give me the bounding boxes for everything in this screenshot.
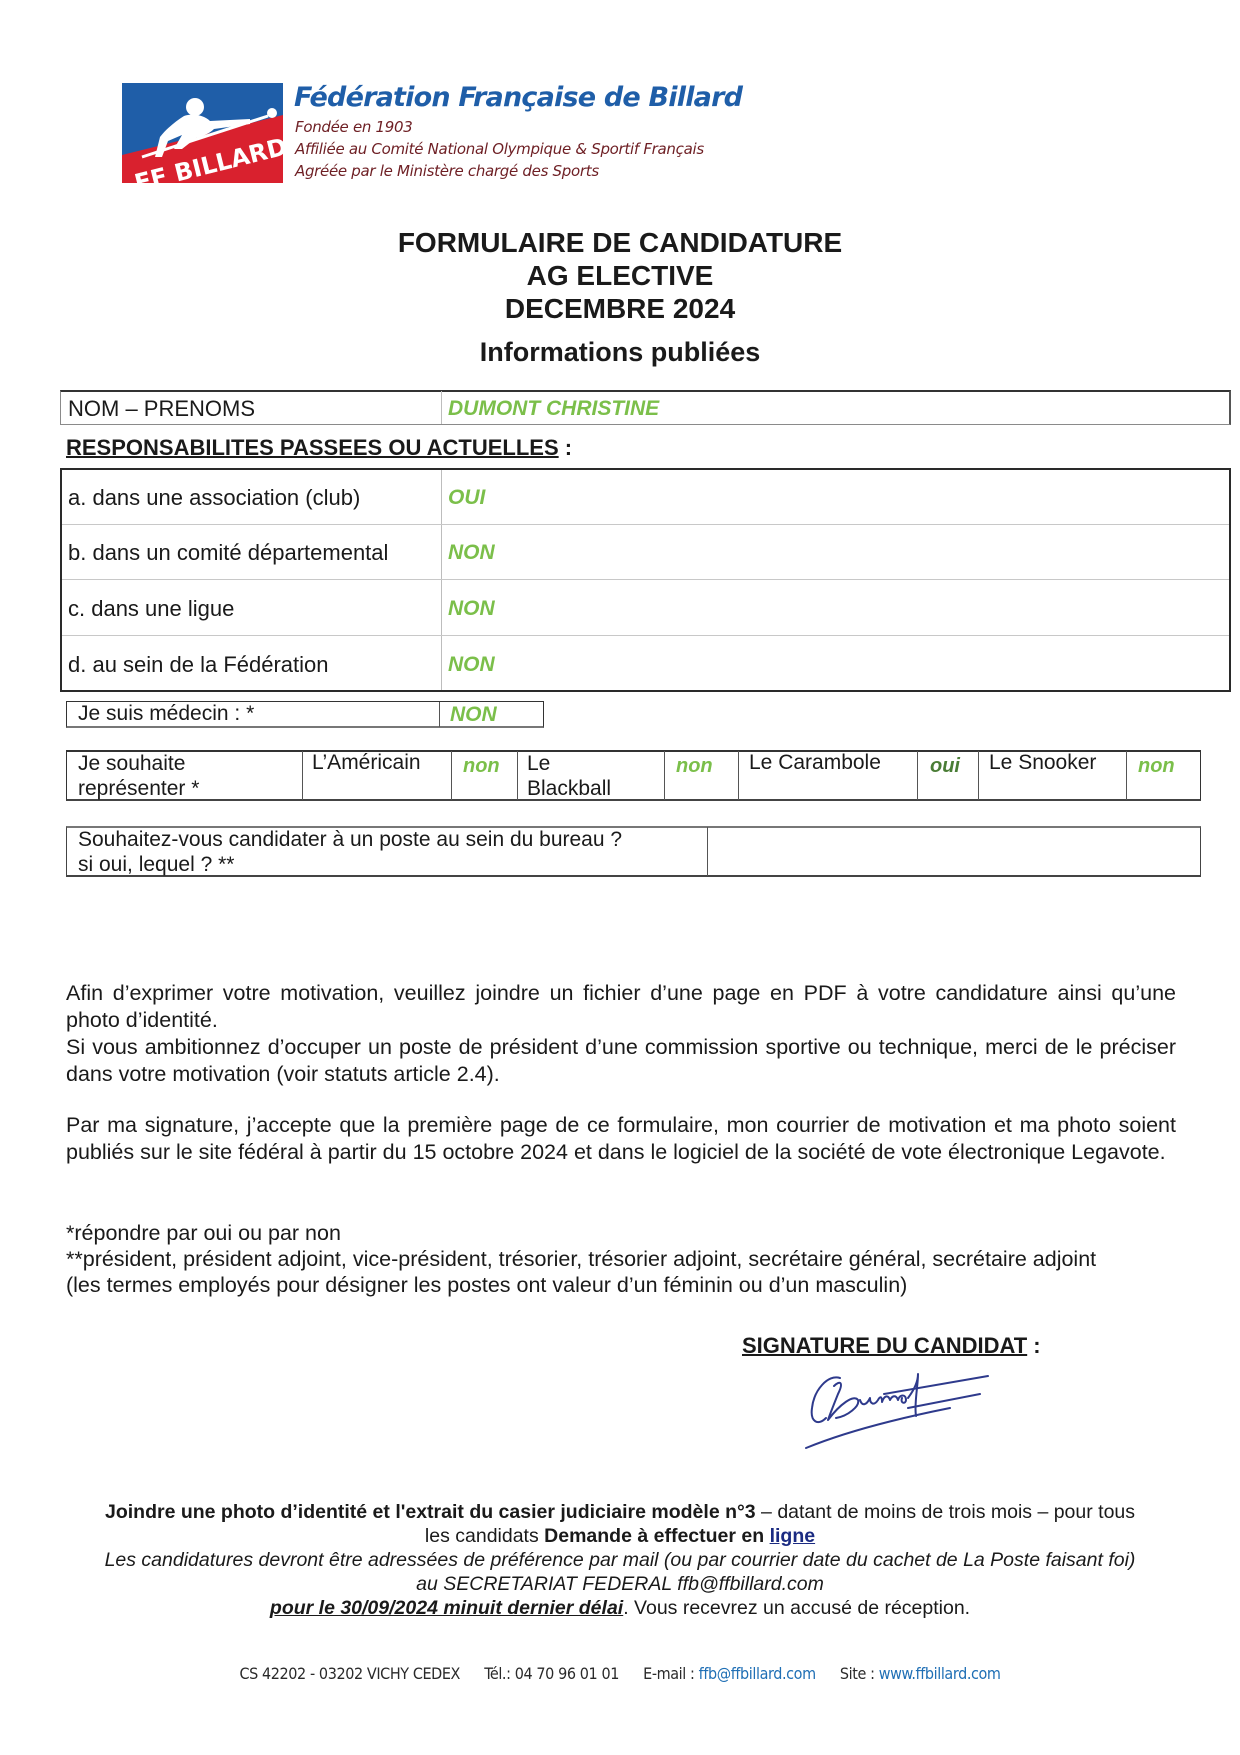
divider bbox=[441, 470, 442, 690]
signature-heading: SIGNATURE DU CANDIDAT : bbox=[742, 1333, 1041, 1359]
responsibility-label: c. dans une ligue bbox=[68, 596, 234, 622]
divider bbox=[707, 827, 708, 876]
row-divider bbox=[62, 635, 1229, 636]
divider bbox=[302, 751, 303, 800]
divider bbox=[738, 751, 739, 800]
ff-billard-logo: FF BILLARD bbox=[122, 83, 283, 183]
discipline-value[interactable]: non bbox=[676, 755, 713, 778]
responsibility-value[interactable]: NON bbox=[448, 653, 495, 677]
discipline-value[interactable]: non bbox=[1138, 755, 1175, 778]
address: CS 42202 - 03202 VICHY CEDEX bbox=[239, 1664, 460, 1683]
instructions-line1: Joindre une photo d’identité et l'extrai… bbox=[60, 1500, 1180, 1525]
approval-line: Agréée par le Ministère chargé des Sport… bbox=[295, 162, 599, 180]
form-title-line2: AG ELECTIVE bbox=[0, 260, 1240, 292]
discipline-value[interactable]: non bbox=[463, 755, 500, 778]
divider bbox=[439, 702, 440, 727]
email-link[interactable]: ffb@ffbillard.com bbox=[699, 1664, 816, 1683]
divider bbox=[978, 751, 979, 800]
divider bbox=[441, 391, 442, 424]
responsibility-label: a. dans une association (club) bbox=[68, 485, 360, 511]
responsibility-value[interactable]: NON bbox=[448, 541, 495, 565]
responsibility-label: d. au sein de la Fédération bbox=[68, 652, 329, 678]
instructions-line4: au SECRETARIAT FEDERAL ffb@ffbillard.com bbox=[60, 1572, 1180, 1597]
affiliation-line: Affiliée au Comité National Olympique & … bbox=[295, 140, 704, 158]
handwritten-signature bbox=[800, 1360, 1000, 1450]
president-paragraph: Si vous ambitionnez d’occuper un poste d… bbox=[66, 1034, 1176, 1088]
discipline-name: LeBlackball bbox=[527, 751, 611, 801]
divider bbox=[664, 751, 665, 800]
website-link[interactable]: www.ffbillard.com bbox=[879, 1664, 1001, 1683]
organization-name: Fédération Française de Billard bbox=[294, 82, 742, 113]
consent-paragraph: Par ma signature, j’accepte que la premi… bbox=[66, 1112, 1176, 1166]
footnote-positions: **président, président adjoint, vice-pré… bbox=[66, 1246, 1096, 1273]
instructions-line2: les candidats Demande à effectuer en lig… bbox=[60, 1524, 1180, 1549]
motivation-paragraph: Afin d’exprimer votre motivation, veuill… bbox=[66, 980, 1176, 1034]
row-divider bbox=[62, 579, 1229, 580]
phone: 04 70 96 01 01 bbox=[515, 1664, 619, 1683]
discipline-value[interactable]: oui bbox=[930, 755, 960, 778]
form-subtitle: Informations publiées bbox=[0, 337, 1240, 368]
doctor-label: Je suis médecin : * bbox=[78, 702, 254, 726]
deadline: pour le 30/09/2024 minuit dernier délai bbox=[270, 1597, 623, 1619]
discipline-name: Le Carambole bbox=[749, 751, 881, 775]
identity-label: NOM – PRENOMS bbox=[68, 396, 255, 422]
responsibilities-heading: RESPONSABILITES PASSEES OU ACTUELLES : bbox=[66, 435, 572, 461]
discipline-name: L’Américain bbox=[312, 751, 421, 775]
divider bbox=[517, 751, 518, 800]
footnote-gender: (les termes employés pour désigner les p… bbox=[66, 1272, 907, 1299]
row-divider bbox=[62, 524, 1229, 525]
responsibility-value[interactable]: OUI bbox=[448, 486, 485, 510]
discipline-name: Le Snooker bbox=[989, 751, 1096, 775]
identity-value[interactable]: DUMONT CHRISTINE bbox=[448, 397, 659, 421]
form-title-line3: DECEMBRE 2024 bbox=[0, 293, 1240, 325]
footnote-oui-non: *répondre par oui ou par non bbox=[66, 1220, 341, 1247]
contact-footer: CS 42202 - 03202 VICHY CEDEX Tél.: 04 70… bbox=[0, 1664, 1240, 1683]
instructions-line3: Les candidatures devront être adressées … bbox=[60, 1548, 1180, 1573]
represent-label: Je souhaitereprésenter * bbox=[78, 751, 199, 801]
casier-online-link[interactable]: ligne bbox=[770, 1525, 816, 1547]
divider bbox=[1126, 751, 1127, 800]
doctor-value[interactable]: NON bbox=[450, 703, 497, 727]
bureau-question: Souhaitez-vous candidater à un poste au … bbox=[78, 827, 622, 877]
divider bbox=[917, 751, 918, 800]
form-title: FORMULAIRE DE CANDIDATURE bbox=[0, 227, 1240, 259]
responsibility-value[interactable]: NON bbox=[448, 597, 495, 621]
responsibility-label: b. dans un comité départemental bbox=[68, 540, 388, 566]
divider bbox=[451, 751, 452, 800]
founded-line: Fondée en 1903 bbox=[295, 118, 413, 136]
instructions-line5: pour le 30/09/2024 minuit dernier délai.… bbox=[60, 1596, 1180, 1621]
